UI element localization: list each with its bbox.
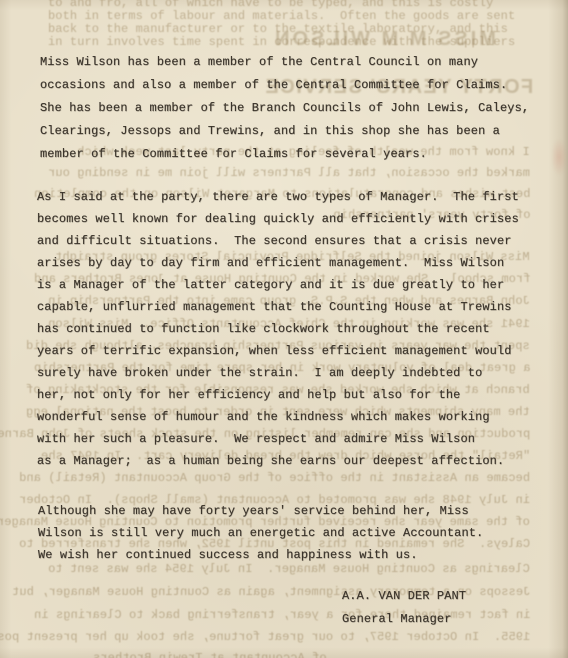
signature-title: General Manager xyxy=(342,608,466,631)
typed-line: has continued to function like clockwork… xyxy=(37,318,519,340)
typed-line: is a Manager of the latter category and … xyxy=(37,274,519,296)
typed-line: wonderful sense of humour and the kindne… xyxy=(37,406,519,428)
typed-line: occasions and also a member of the Centr… xyxy=(40,74,529,97)
paragraph-1: Miss Wilson has been a member of the Cen… xyxy=(40,51,529,166)
paragraph-2: As I said at the party, there are two ty… xyxy=(37,186,519,472)
typed-line: Although she may have forty years' servi… xyxy=(38,500,483,522)
signature-block: A.A. VAN DER PANT General Manager xyxy=(342,585,466,631)
typed-line: She has been a member of the Branch Coun… xyxy=(40,97,529,120)
typed-line: and difficult situations. The second ens… xyxy=(37,230,519,252)
bleedthrough-heading-miss-wilson: MISS M M WILSON xyxy=(272,28,496,51)
paragraph-3: Although she may have forty years' servi… xyxy=(38,500,483,566)
typed-line: with her such a pleasure. We respect and… xyxy=(37,428,519,450)
typed-line: arises by day to day firm and efficient … xyxy=(37,252,519,274)
typed-line: member of the Committee for Claims for s… xyxy=(40,143,529,166)
typed-line: We wish her continued success and happin… xyxy=(38,544,483,566)
bleedthrough-mirrored-line: marked the occasion, that all Partners w… xyxy=(48,166,530,180)
typed-line: becomes well known for dealing quickly a… xyxy=(37,208,519,230)
typed-line: as a Manager; as a human being she earns… xyxy=(37,450,519,472)
typed-line: capable, unflurried management that the … xyxy=(37,296,519,318)
typed-line: her, not only for her efficiency and hel… xyxy=(37,384,519,406)
bleedthrough-mirrored-line: 1955. In October 1957, to our great fort… xyxy=(0,630,530,644)
bleedthrough-mirrored-line: became an Assistant in the office of the… xyxy=(19,471,530,485)
typed-line: As I said at the party, there are two ty… xyxy=(37,186,519,208)
typewritten-letter-page: to and fro, all of which have to be type… xyxy=(0,0,568,658)
bleedthrough-mirrored-line: of Accountant at Trewin Brothers xyxy=(93,651,327,658)
typed-line: Miss Wilson has been a member of the Cen… xyxy=(40,51,529,74)
typed-line: surely have broken under the strain. I a… xyxy=(37,362,519,384)
typed-line: years of terrific expansion, when less e… xyxy=(37,340,519,362)
typed-line: Clearings, Jessops and Trewins, and in t… xyxy=(40,120,529,143)
typed-line: Wilson is still very much an energetic a… xyxy=(38,522,483,544)
signature-name: A.A. VAN DER PANT xyxy=(342,585,466,608)
paper-smudge xyxy=(551,138,567,176)
